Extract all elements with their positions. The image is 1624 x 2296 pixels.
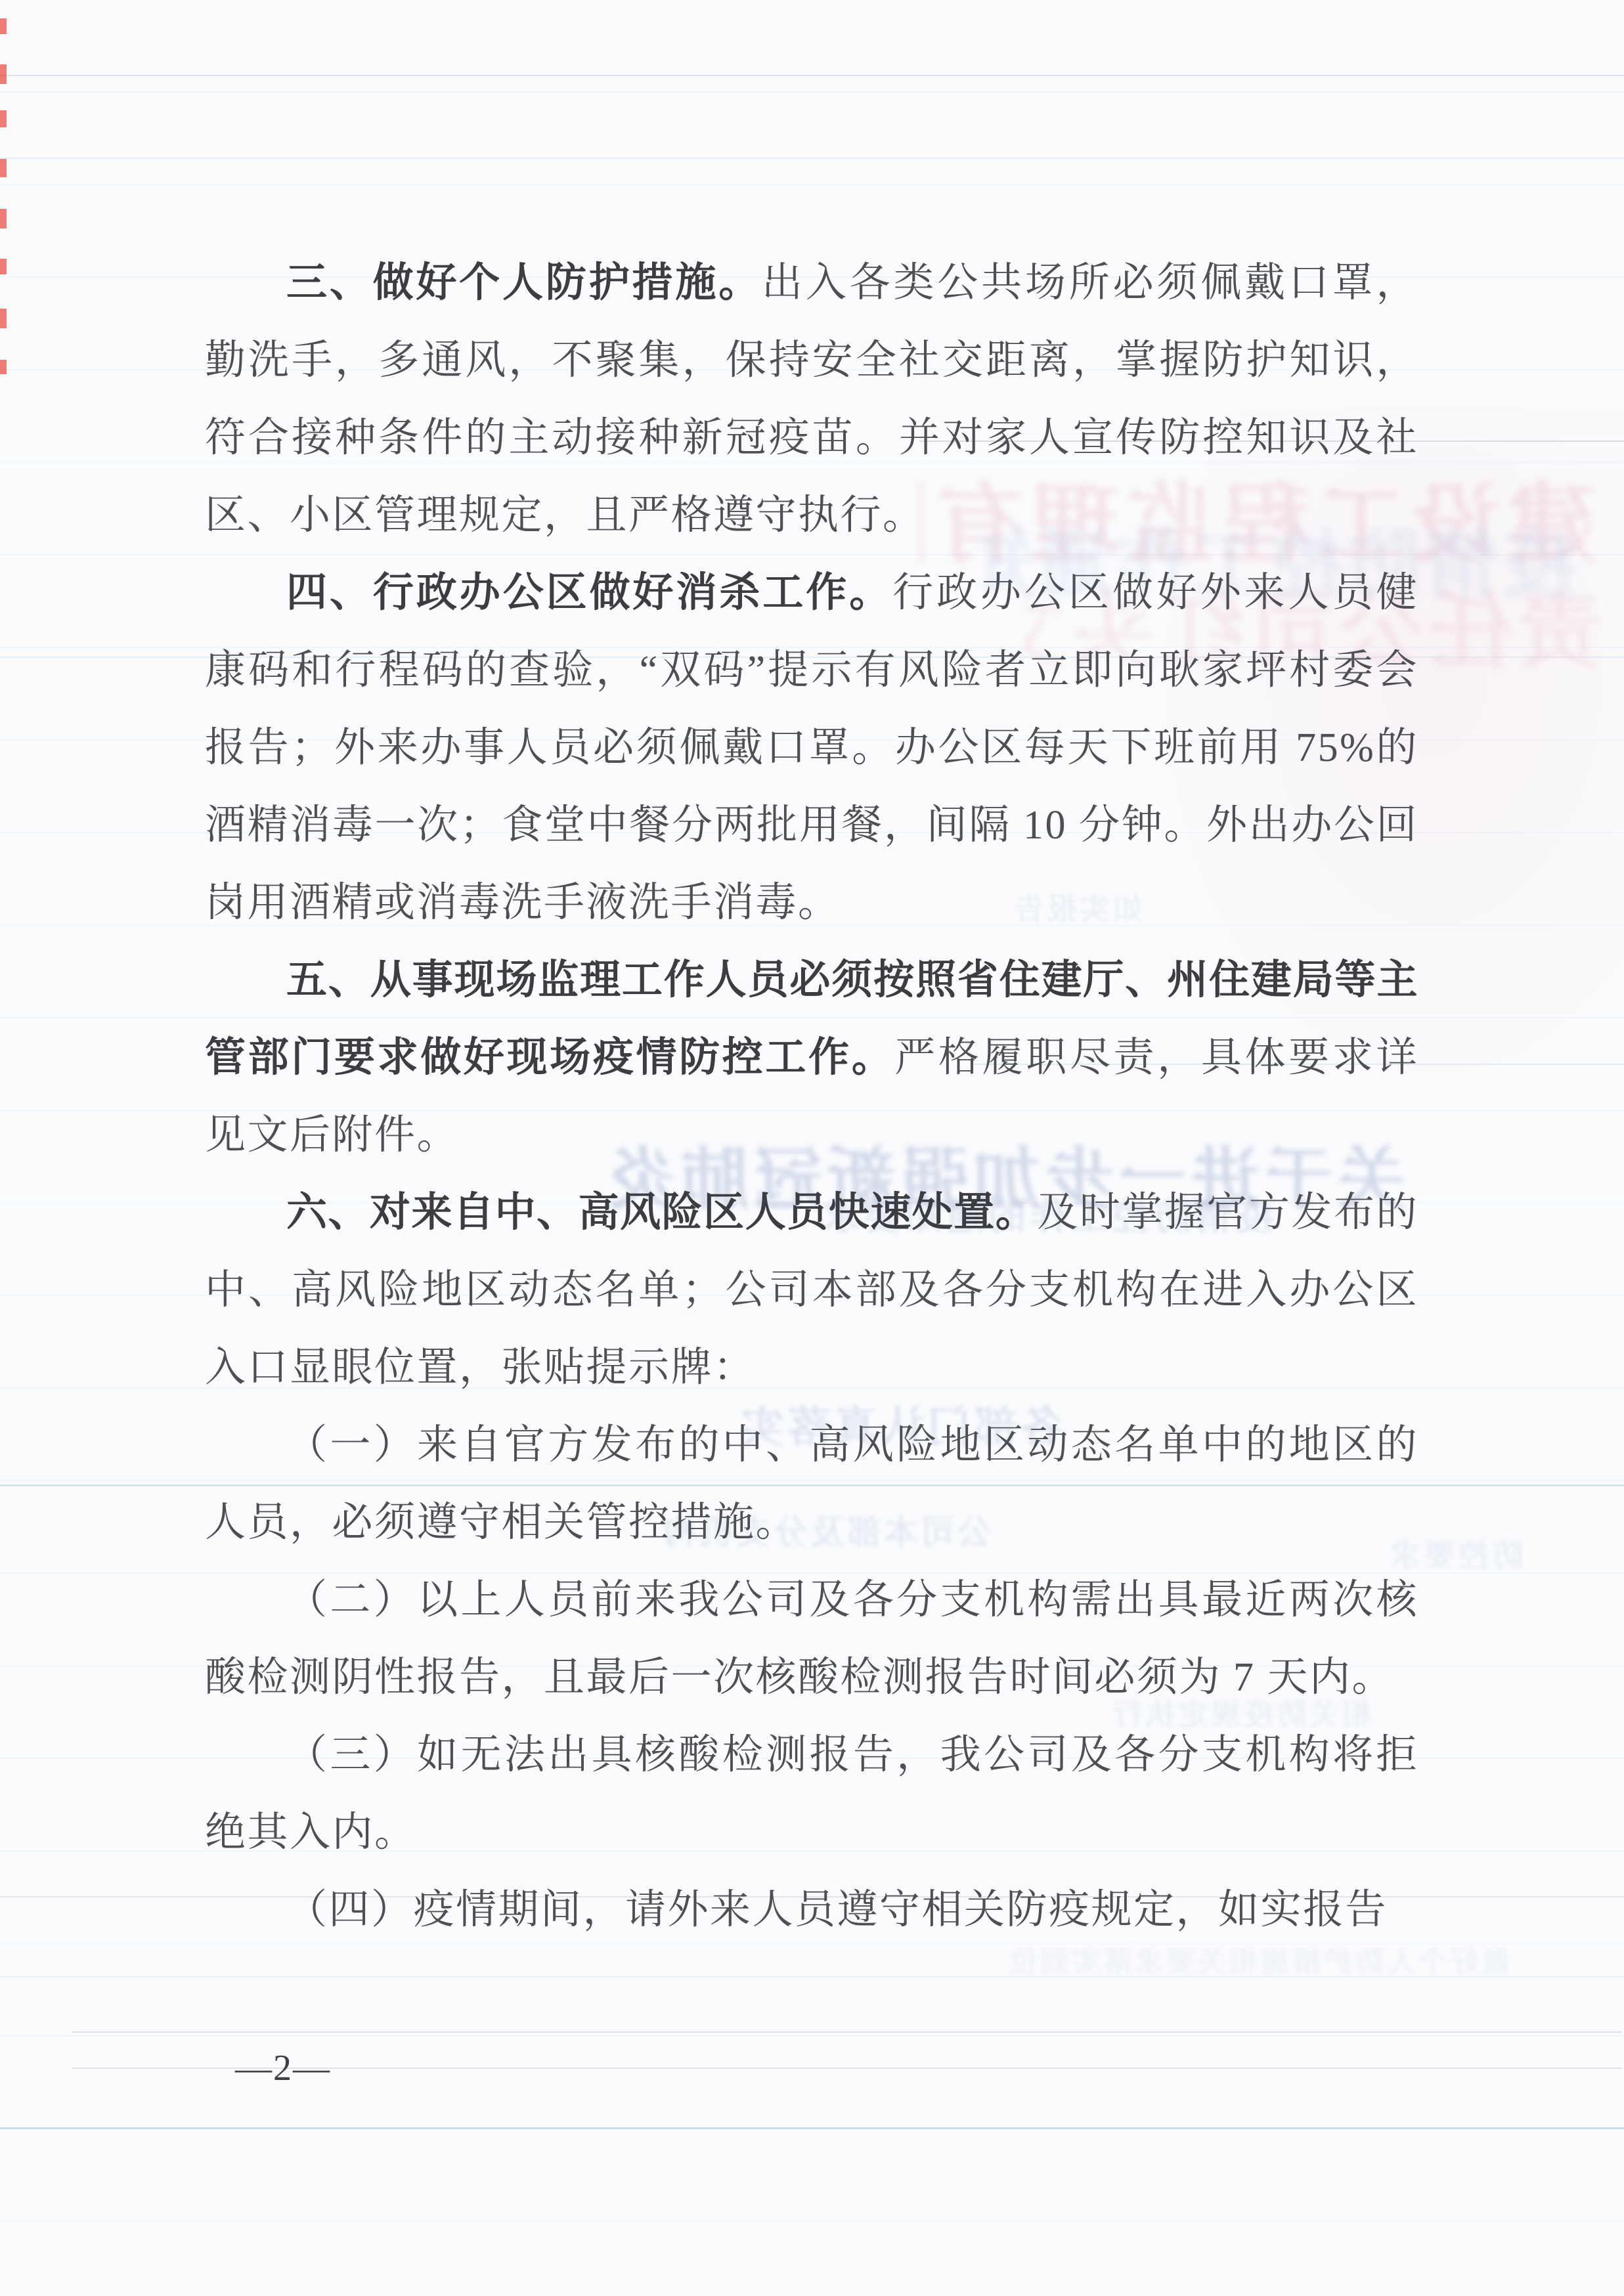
paragraph: （二）以上人员前来我公司及各分支机构需出具最近两次核酸检测阴性报告，且最后一次核… [205,1561,1418,1716]
paragraph: 四、行政办公区做好消杀工作。行政办公区做好外来人员健康码和行程码的查验，“双码”… [205,554,1418,942]
paragraph: 三、做好个人防护措施。出入各类公共场所必须佩戴口罩，勤洗手，多通风，不聚集，保持… [205,244,1418,554]
paragraph-text: （一）来自官方发布的中、高风险地区动态名单中的地区的人员，必须遵守相关管控措施。 [205,1423,1418,1545]
scan-line [0,1976,1624,1978]
scanned-document-page: 建设工程监理有限 责任公司红头文件 疫情防控工作通知 关于进一步加强新冠肺炎 疫… [0,0,1624,2296]
scan-artifact-red-mark [0,309,7,328]
paragraph-text: （四）疫情期间，请外来人员遵守相关防疫规定，如实报告 [286,1888,1388,1932]
paragraph: （四）疫情期间，请外来人员遵守相关防疫规定，如实报告 [205,1871,1418,1949]
scan-artifact-red-mark [0,64,7,84]
paragraph-text: （三）如无法出具核酸检测报告，我公司及各分支机构将拒绝其入内。 [205,1733,1418,1855]
paragraph: 六、对来自中、高风险区人员快速处置。及时掌握官方发布的中、高风险地区动态名单；公… [205,1174,1418,1406]
scan-line [0,158,1624,159]
page-number: —2— [235,2047,331,2089]
scan-artifact-red-mark [0,209,7,228]
paragraph-heading: 四、行政办公区做好消杀工作。 [286,570,892,615]
scan-artifact-red-mark [0,110,7,127]
scan-artifact-red-mark [0,360,7,374]
scan-artifact-red-mark [0,259,7,274]
paragraph: （三）如无法出具核酸检测报告，我公司及各分支机构将拒绝其入内。 [205,1716,1418,1871]
paragraph-heading: 三、做好个人防护措施。 [286,260,762,305]
paragraph: 五、从事现场监理工作人员必须按照省住建厅、州住建局等主管部门要求做好现场疫情防控… [205,942,1418,1174]
scan-artifact-red-mark [0,159,7,177]
scan-line [0,2127,1624,2129]
paragraph: （一）来自官方发布的中、高风险地区动态名单中的地区的人员，必须遵守相关管控措施。 [205,1406,1418,1561]
scan-line [72,2031,1622,2033]
paragraph-text: 行政办公区做好外来人员健康码和行程码的查验，“双码”提示有风险者立即向耿家坪村委… [205,571,1418,925]
scan-line [0,75,1624,76]
scan-artifact-red-mark [0,18,7,34]
paragraph-heading: 六、对来自中、高风险区人员快速处置。 [286,1190,1037,1235]
paragraph-text: （二）以上人员前来我公司及各分支机构需出具最近两次核酸检测阴性报告，且最后一次核… [205,1578,1418,1700]
document-body: 三、做好个人防护措施。出入各类公共场所必须佩戴口罩，勤洗手，多通风，不聚集，保持… [205,244,1418,1949]
